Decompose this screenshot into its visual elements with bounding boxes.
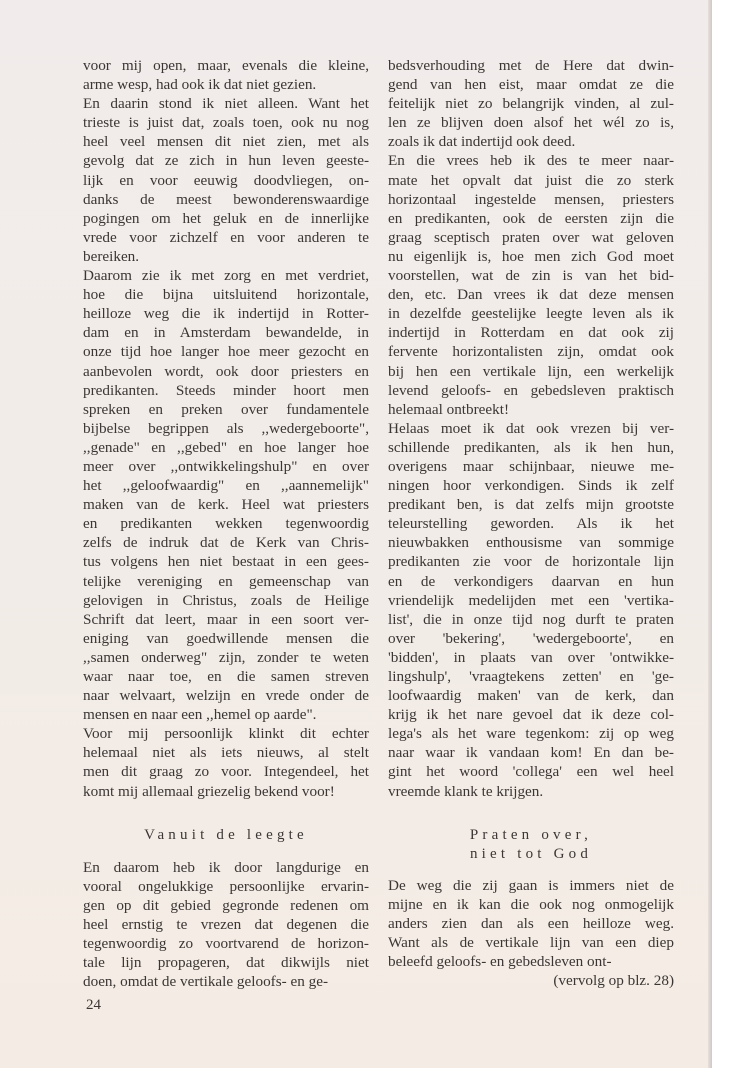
- text-line: aanbevolen wordt, ook door priesters en: [83, 362, 369, 381]
- text-line: meer over ,,ontwikkelingshulp" en over: [83, 457, 369, 476]
- left-column-section-body: En daarom heb ik door langdurige envoora…: [83, 858, 369, 992]
- text-line: Daarom zie ik met zorg en met verdriet,: [83, 266, 369, 285]
- text-line: predikanten. Steeds minder hoort men: [83, 381, 369, 400]
- text-line: schillende predikanten, als ik hen hun,: [388, 438, 674, 457]
- text-line: zoals ik dat indertijd ook deed.: [388, 132, 674, 151]
- text-line: En daarom heb ik door langdurige en: [83, 858, 369, 877]
- text-line: heel veel mensen dit niet zien, met als: [83, 132, 369, 151]
- text-line: eniging van goedwillende mensen die: [83, 629, 369, 648]
- text-line: loofwaardig maken' van de kerk, dan: [388, 686, 674, 705]
- text-line: list', die in onze tijd nog durft te pra…: [388, 610, 674, 629]
- text-line: Schrift dat leert, maar in een soort ver…: [83, 610, 369, 629]
- text-line: naar waar ik vandaan kom! En dan be-: [388, 743, 674, 762]
- text-line: En die vrees heb ik des te meer naar-: [388, 151, 674, 170]
- text-line: vooral ongelukkige persoonlijke ervarin-: [83, 877, 369, 896]
- magazine-page: voor mij open, maar, evenals die kleine,…: [0, 0, 712, 1068]
- section-heading-line-2: niet tot God: [388, 845, 674, 864]
- text-line: tegenwoordig zo voortvarend de horizon-: [83, 934, 369, 953]
- text-line: gend van hen eist, maar omdat ze die: [388, 75, 674, 94]
- text-line: tale lijn propageren, dat dikwijls niet: [83, 953, 369, 972]
- text-line: lingshulp', 'vraagtekens zetten' en 'ge-: [388, 667, 674, 686]
- text-line: maken van de kerk. Heel wat priesters: [83, 495, 369, 514]
- text-line: vriendelijk medelijden met een 'vertika-: [388, 591, 674, 610]
- text-line: telijke vereniging en gemeenschap van: [83, 572, 369, 591]
- text-line: ,,genade" en ,,gebed" en hoe langer hoe: [83, 438, 369, 457]
- text-line: waar naar toe, en die samen streven: [83, 667, 369, 686]
- text-line: voor mij open, maar, evenals die kleine,: [83, 56, 369, 75]
- text-line: ningen hoor verkondigen. Sinds ik zelf: [388, 476, 674, 495]
- right-column-body: bedsverhouding met de Here dat dwin-gend…: [388, 56, 674, 801]
- text-line: doen, omdat de vertikale geloofs- en ge-: [83, 972, 369, 991]
- paragraph: Voor mij persoonlijk klinkt dit echterhe…: [83, 724, 369, 800]
- text-line: predikanten zie voor de horizontale lijn: [388, 552, 674, 571]
- text-line: beleefd geloofs- en gebedsleven ont-: [388, 952, 674, 971]
- text-line: trieste is juist dat, zoals toen, ook nu…: [83, 113, 369, 132]
- text-line: horizontaal ingestelde mensen, priesters: [388, 190, 674, 209]
- right-column-section-body: De weg die zij gaan is immers niet demij…: [388, 876, 674, 971]
- paragraph: De weg die zij gaan is immers niet demij…: [388, 876, 674, 971]
- text-line: lijk en voor eeuwig doodvliegen, on-: [83, 171, 369, 190]
- text-line: onze tijd hoe langer hoe meer gezocht en: [83, 342, 369, 361]
- text-line: mensen en naar een ,,hemel op aarde".: [83, 705, 369, 724]
- section-heading-line-1: Praten over,: [388, 826, 674, 845]
- text-line: zelfs de indruk dat de Kerk van Chris-: [83, 533, 369, 552]
- text-line: levend geloofs- en gebedsleven praktisch: [388, 381, 674, 400]
- text-line: ,,samen onderweg" zijn, zonder te weten: [83, 648, 369, 667]
- paragraph: Daarom zie ik met zorg en met verdriet,h…: [83, 266, 369, 724]
- text-line: overigens maar schijnbaar, nieuwe me-: [388, 457, 674, 476]
- text-line: heilloze weg die ik indertijd in Rotter-: [83, 304, 369, 323]
- text-line: men dit graag zo voor. Integendeel, het: [83, 762, 369, 781]
- text-line: 'bidden', in plaats van over 'ontwikke-: [388, 648, 674, 667]
- text-line: De weg die zij gaan is immers niet de: [388, 876, 674, 895]
- text-line: graag sceptisch praten over wat geloven: [388, 228, 674, 247]
- text-line: indertijd in Rotterdam en dat ook zij: [388, 323, 674, 342]
- text-line: tus volgens hen niet bestaat in een gees…: [83, 552, 369, 571]
- left-column-body: voor mij open, maar, evenals die kleine,…: [83, 56, 369, 801]
- paragraph: Helaas moet ik dat ook vrezen bij ver-sc…: [388, 419, 674, 801]
- text-line: pogingen om het geluk en de innerlijke: [83, 209, 369, 228]
- text-line: teleurstelling geworden. Als ik het: [388, 514, 674, 533]
- text-line: den, etc. Dan vrees ik dat deze mensen: [388, 285, 674, 304]
- text-line: mate het opvalt dat juist die zo sterk: [388, 171, 674, 190]
- text-line: vreemde klank te krijgen.: [388, 782, 674, 801]
- text-line: nieuwbakken enthousisme van sommige: [388, 533, 674, 552]
- text-line: vrede voor zichzelf en voor anderen te: [83, 228, 369, 247]
- text-line: en de verkondigers daarvan en hun: [388, 572, 674, 591]
- text-line: en predikanten wekken tegenwoordig: [83, 514, 369, 533]
- text-line: dam en in Amsterdam bewandelde, in: [83, 323, 369, 342]
- paragraph: En die vrees heb ik des te meer naar-mat…: [388, 151, 674, 418]
- paragraph: En daarom heb ik door langdurige envoora…: [83, 858, 369, 992]
- text-line: arme wesp, had ook ik dat niet gezien.: [83, 75, 369, 94]
- text-line: bereiken.: [83, 247, 369, 266]
- text-line: feitelijk niet zo belangrijk vinden, al …: [388, 94, 674, 113]
- text-line: bedsverhouding met de Here dat dwin-: [388, 56, 674, 75]
- paragraph: En daarin stond ik niet alleen. Want het…: [83, 94, 369, 266]
- text-line: helemaal niet als iets nieuws, al stelt: [83, 743, 369, 762]
- text-line: En daarin stond ik niet alleen. Want het: [83, 94, 369, 113]
- text-line: naar welvaart, welzijn en vrede onder de: [83, 686, 369, 705]
- text-line: in dezelfde geestelijke leegte leven als…: [388, 304, 674, 323]
- text-line: heel ernstig te vrezen dat degenen die: [83, 915, 369, 934]
- paragraph: voor mij open, maar, evenals die kleine,…: [83, 56, 369, 94]
- text-line: len ze blijven doen alsof het wél zo is,: [388, 113, 674, 132]
- page-number: 24: [86, 997, 101, 1014]
- text-line: predikant ben, is dat zelfs mijn grootst…: [388, 495, 674, 514]
- page-edge: [708, 0, 712, 1068]
- section-heading-vanuit-de-leegte: Vanuit de leegte: [83, 826, 369, 845]
- text-line: het ,,geloofwaardig" en ,,aannemelijk": [83, 476, 369, 495]
- text-line: spreken en preken over fundamentele: [83, 400, 369, 419]
- paragraph: bedsverhouding met de Here dat dwin-gend…: [388, 56, 674, 151]
- text-line: gevolg dat ze zich in hun leven geeste-: [83, 151, 369, 170]
- text-line: en predikanten, ook de eersten zijn die: [388, 209, 674, 228]
- text-line: gen op dit gebied gegronde redenen om: [83, 896, 369, 915]
- text-line: komt mij allemaal griezelig bekend voor!: [83, 782, 369, 801]
- text-line: danks de meest bewonderenswaardige: [83, 190, 369, 209]
- text-line: Voor mij persoonlijk klinkt dit echter: [83, 724, 369, 743]
- text-line: bij hen een vertikale lijn, een werkelij…: [388, 362, 674, 381]
- text-line: nu eigenlijk is, hoe men zich God moet: [388, 247, 674, 266]
- text-line: Want als de vertikale lijn van een diep: [388, 933, 674, 952]
- text-line: over 'bekering', 'wedergeboorte', en: [388, 629, 674, 648]
- text-line: krijg ik het nare gevoel dat ik deze col…: [388, 705, 674, 724]
- text-line: bijbelse begrippen als ,,wedergeboorte",: [83, 419, 369, 438]
- continuation-note: (vervolg op blz. 28): [388, 971, 674, 990]
- text-line: mijne en ik kan die ook nog onmogelijk: [388, 895, 674, 914]
- text-line: gelovigen in Christus, zoals de Heilige: [83, 591, 369, 610]
- text-line: Helaas moet ik dat ook vrezen bij ver-: [388, 419, 674, 438]
- text-line: lega's als het ware tegenkom: zij op weg: [388, 724, 674, 743]
- text-line: helemaal ontbreekt!: [388, 400, 674, 419]
- text-line: anders zien dan als een heilloze weg.: [388, 914, 674, 933]
- text-line: gint het woord 'collega' een wel heel: [388, 762, 674, 781]
- text-line: hoe die bijna uitsluitend horizontale,: [83, 285, 369, 304]
- left-column: voor mij open, maar, evenals die kleine,…: [83, 56, 369, 991]
- text-line: fervente horizontalisten zijn, omdat ook: [388, 342, 674, 361]
- right-column: bedsverhouding met de Here dat dwin-gend…: [388, 56, 674, 990]
- text-line: voorstellen, wat de zin is van het bid-: [388, 266, 674, 285]
